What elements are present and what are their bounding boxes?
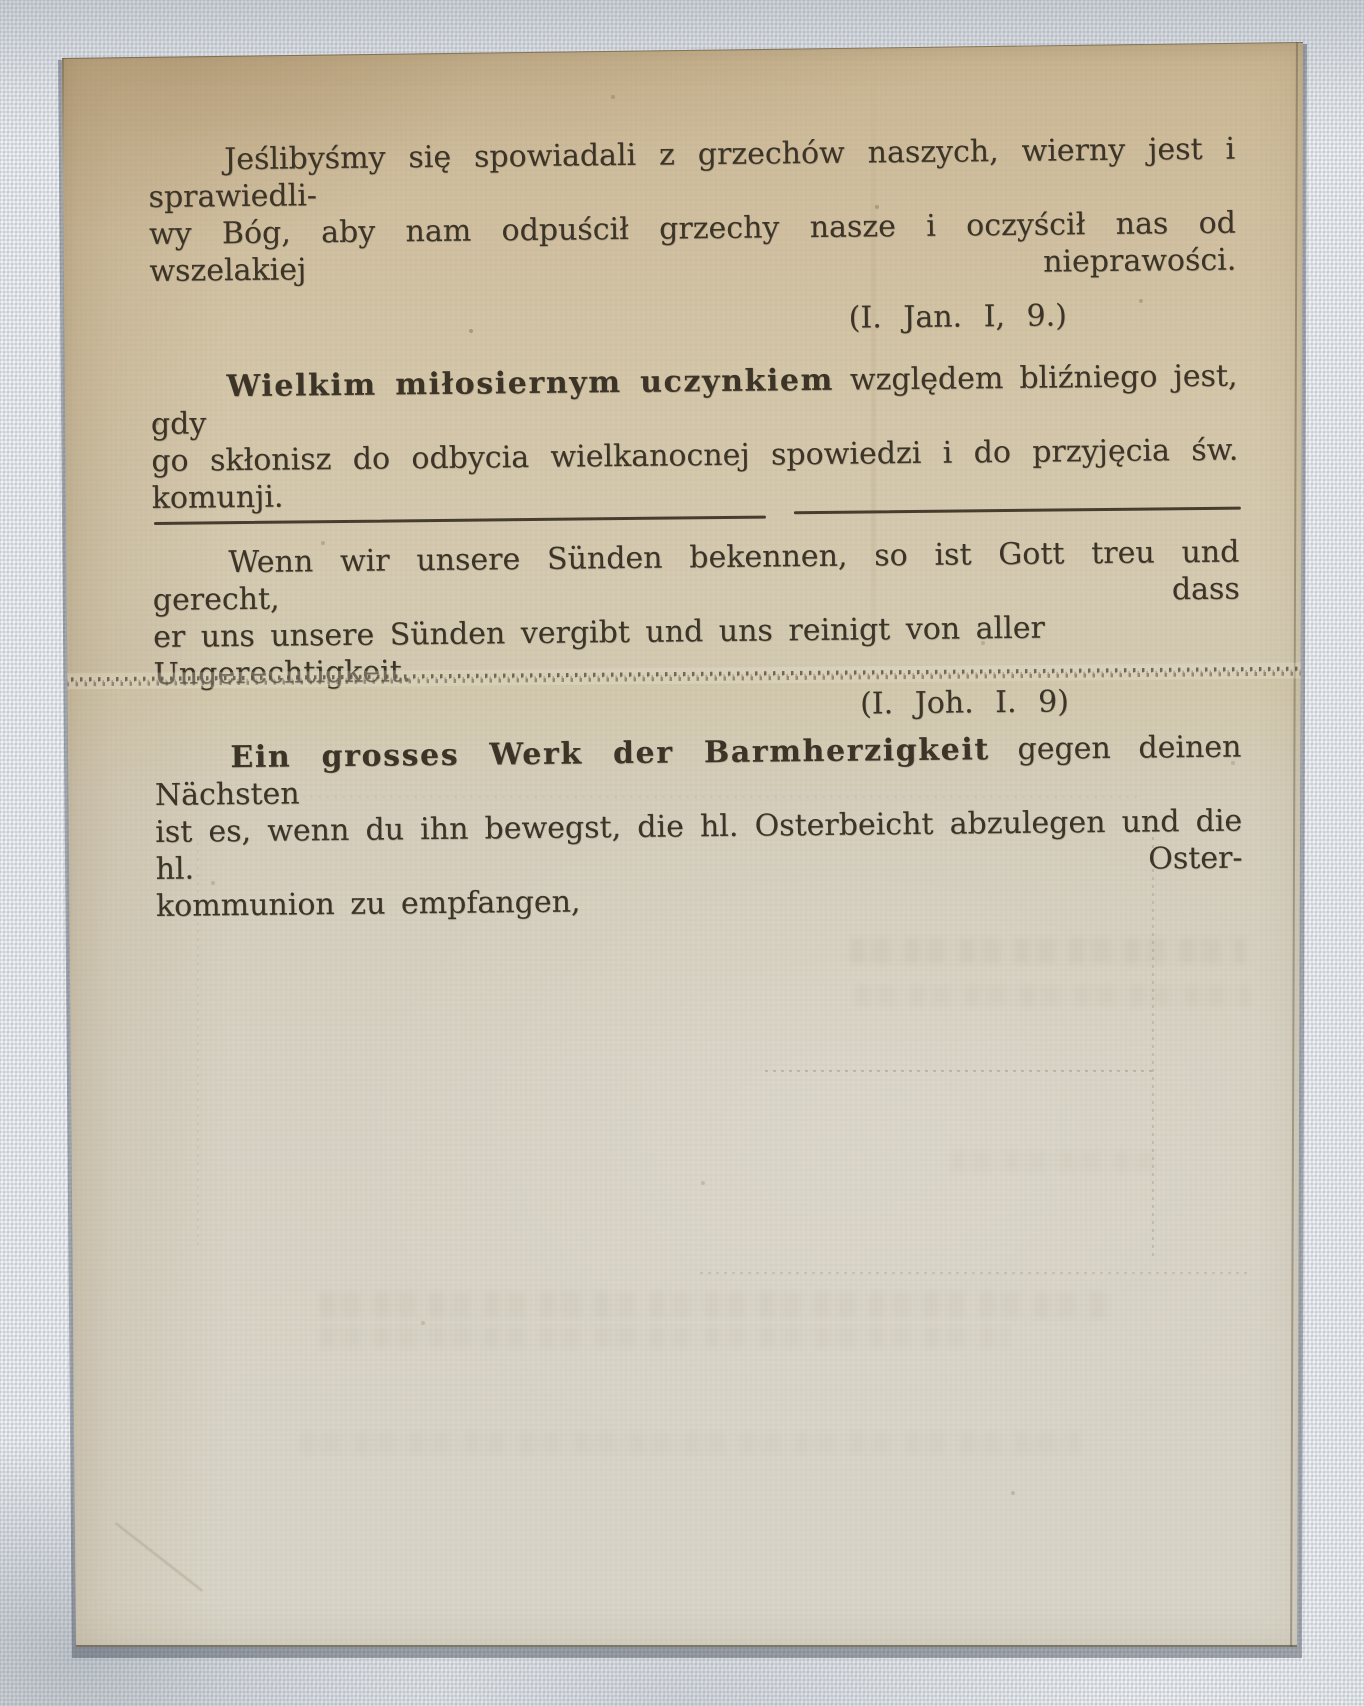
ghost-text-smudge bbox=[320, 1292, 1110, 1318]
ghost-dotted-vertical-line bbox=[197, 840, 199, 1245]
ghost-text-smudge bbox=[950, 1150, 1160, 1172]
ghost-text-smudge bbox=[855, 985, 1250, 1007]
ghost-text-smudge bbox=[320, 1326, 1010, 1348]
confession-postcard: Jeślibyśmy się spowiadali z grzechów nas… bbox=[0, 0, 1364, 1706]
ghost-dotted-line bbox=[222, 796, 1140, 798]
ghost-dotted-vertical-line bbox=[1152, 828, 1154, 1256]
ghost-text-smudge bbox=[300, 1432, 1080, 1454]
ghost-dotted-line bbox=[765, 1070, 1153, 1072]
ghost-dotted-line bbox=[700, 1272, 1252, 1274]
showthrough-ghost-layer bbox=[0, 0, 1364, 1706]
ghost-text-smudge bbox=[850, 938, 1245, 964]
photo-scene: Jeślibyśmy się spowiadali z grzechów nas… bbox=[0, 0, 1364, 1706]
